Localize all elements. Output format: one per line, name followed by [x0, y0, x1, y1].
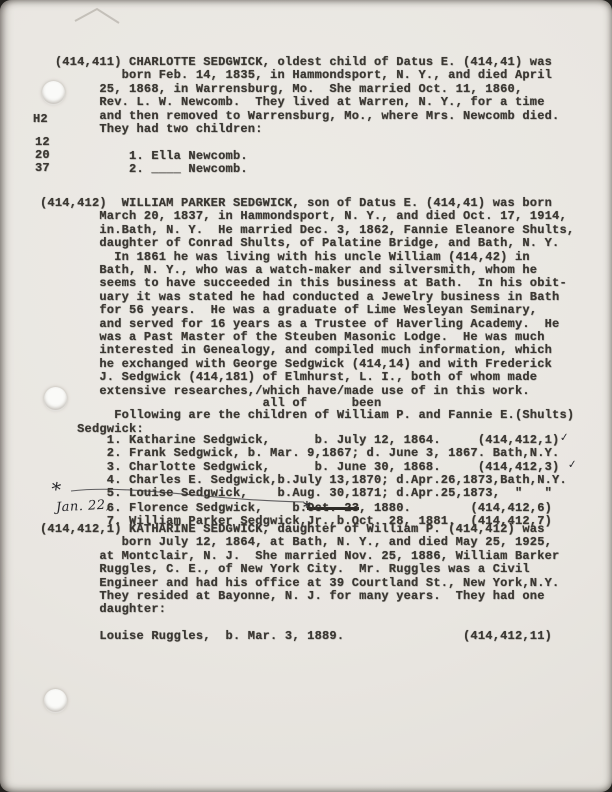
text-line: daughter of Conrad Shults, of Palatine B… — [40, 237, 574, 250]
text-line: Bath, N. Y., who was a watch-maker and s… — [40, 264, 574, 277]
text-line: he exchanged with George Sedgwick (414,1… — [40, 358, 574, 371]
text-line: uary it was stated he had conducted a Je… — [40, 291, 574, 304]
text-line: born Feb. 14, 1835, in Hammondsport, N. … — [40, 69, 559, 82]
text-line: (414,412) WILLIAM PARKER SEDGWICK, son o… — [40, 197, 574, 210]
margin-note-12: 12 — [35, 135, 50, 149]
text-line: March 20, 1837, in Hammondsport, N. Y., … — [40, 210, 574, 223]
struck-out-date: Oct. 23 — [307, 501, 359, 515]
text-line: for 56 years. He was a graduate of Lime … — [40, 304, 574, 317]
text-line: and then removed to Warrensburg, Mo., wh… — [40, 110, 559, 123]
sedgwick-children-list: 1. Katharine Sedgwick, b. July 12, 1864.… — [40, 433, 576, 528]
text-line: Following are the children of William P.… — [40, 409, 574, 422]
text-line: (414,411) CHARLOTTE SEDGWICK, oldest chi… — [40, 56, 559, 69]
text-line: 25, 1868, in Warrensburg, Mo. She marrie… — [40, 83, 559, 96]
text-line: born July 12, 1864, at Bath, N. Y., and … — [40, 536, 559, 549]
entry-414-412: (414,412) WILLIAM PARKER SEDGWICK, son o… — [40, 197, 574, 436]
text-line: 3. Charlotte Sedgwick, b. June 30, 1868.… — [40, 460, 576, 474]
handwritten-date-correction: Jan. 22, — [56, 498, 111, 516]
text-line: In 1861 he was living with his uncle Wil… — [40, 251, 574, 264]
text-line: 1. Ella Newcomb. — [40, 150, 248, 163]
text-line: at Montclair, N. J. She married Nov. 25,… — [40, 550, 559, 563]
text-line: Ruggles, C. E., of New York City. Mr. Ru… — [40, 563, 559, 576]
text-line: (414,412,1) KATHARINE SEDGWICK, daughter… — [40, 523, 559, 536]
handwritten-checkmark: ✓ — [567, 457, 578, 471]
text-line: and served for 16 years as a Trustee of … — [40, 318, 574, 331]
louise-ruggles-line: Louise Ruggles, b. Mar. 3, 1889. (414,41… — [40, 630, 552, 643]
text-line: They had two children: — [40, 123, 559, 136]
text-line: They resided at Bayonne, N. J. for many … — [40, 590, 559, 603]
entry-414-412-1: (414,412,1) KATHARINE SEDGWICK, daughter… — [40, 523, 559, 617]
text-line: 2. ____ Newcomb. — [40, 163, 248, 176]
text-run: 1. Katharine Sedgwick, b. July 12, 1864.… — [40, 433, 559, 447]
text-line: 1. Katharine Sedgwick, b. July 12, 1864.… — [40, 433, 576, 447]
newcomb-children-list: 1. Ella Newcomb. 2. ____ Newcomb. — [40, 150, 248, 177]
entry-414-411: (414,411) CHARLOTTE SEDGWICK, oldest chi… — [40, 56, 559, 136]
paper-crease — [75, 9, 119, 23]
scanned-page: H2 12 20 37 (414,411) CHARLOTTE SEDGWICK… — [0, 0, 612, 792]
text-line: seems to have succeeded in this business… — [40, 277, 574, 290]
handwritten-checkmark: ✓ — [560, 430, 571, 444]
text-line: 2. Frank Sedgwick, b. Mar. 9,1867; d. Ju… — [40, 447, 576, 460]
text-line: interested in Genealogy, and compiled mu… — [40, 344, 574, 357]
text-line: 6. Florence Sedgwick, b.*Oct. 23, 1880. … — [40, 500, 576, 515]
text-line: daughter: — [40, 603, 559, 616]
text-line: Louise Ruggles, b. Mar. 3, 1889. (414,41… — [40, 630, 552, 643]
text-line: in.Bath, N. Y. He married Dec. 3, 1862, … — [40, 224, 574, 237]
text-line: was a Past Master of the Steuben Masonic… — [40, 331, 574, 344]
punch-hole-bottom — [44, 689, 67, 712]
text-run: 3. Charlotte Sedgwick, b. June 30, 1868.… — [40, 460, 567, 474]
text-line: Engineer and had his office at 39 Courtl… — [40, 577, 559, 590]
text-run: , 1880. (414,412,6) — [359, 501, 552, 515]
text-line: J. Sedgwick (414,181) of Elmhurst, L. I.… — [40, 371, 574, 384]
text-line: Rev. L. W. Newcomb. They lived at Warren… — [40, 96, 559, 109]
